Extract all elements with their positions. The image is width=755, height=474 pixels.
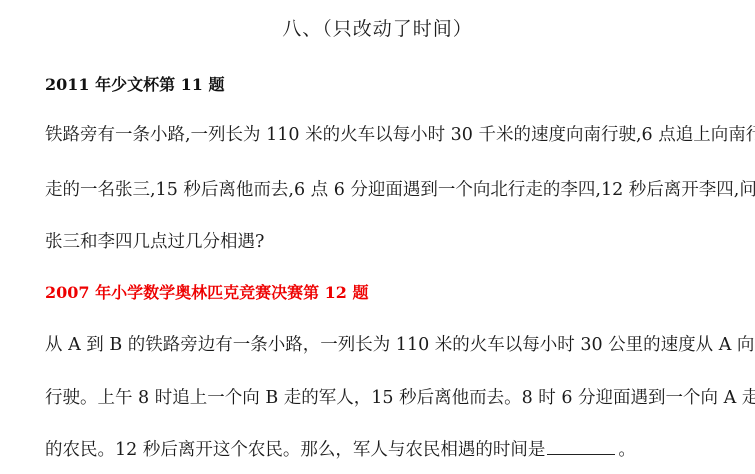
problem2-line-1: 从 A 到 B 的铁路旁边有一条小路，一列长为 110 米的火车以每小时 30 … — [45, 331, 755, 356]
answer-blank-suffix: 。 — [618, 440, 636, 460]
problem2-heading: 2007 年小学数学奥林匹克竞赛决赛第 12 题 — [45, 280, 369, 303]
problem1-line-2: 走的一名张三,15 秒后离他而去,6 点 6 分迎面遇到一个向北行走的李四,12… — [45, 176, 755, 201]
problem1-line-3: 张三和李四几点过几分相遇? — [45, 228, 264, 253]
section-title: 八、（只改动了时间） — [0, 14, 755, 41]
problem1-line-1: 铁路旁有一条小路,一列长为 110 米的火车以每小时 30 千米的速度向南行驶,… — [45, 121, 755, 146]
problem2-line-3-text: 的农民。12 秒后离开这个农民。那么，军人与农民相遇的时间是 — [45, 440, 545, 460]
problem1-heading: 2011 年少文杯第 11 题 — [45, 72, 225, 95]
problem2-line-2: 行驶。上午 8 时追上一个向 B 走的军人，15 秒后离他而去。8 时 6 分迎… — [45, 384, 755, 409]
document-page: 八、（只改动了时间） 2011 年少文杯第 11 题 铁路旁有一条小路,一列长为… — [0, 0, 755, 474]
problem2-line-3: 的农民。12 秒后离开这个农民。那么，军人与农民相遇的时间是。 — [45, 436, 636, 461]
answer-blank — [547, 440, 615, 455]
